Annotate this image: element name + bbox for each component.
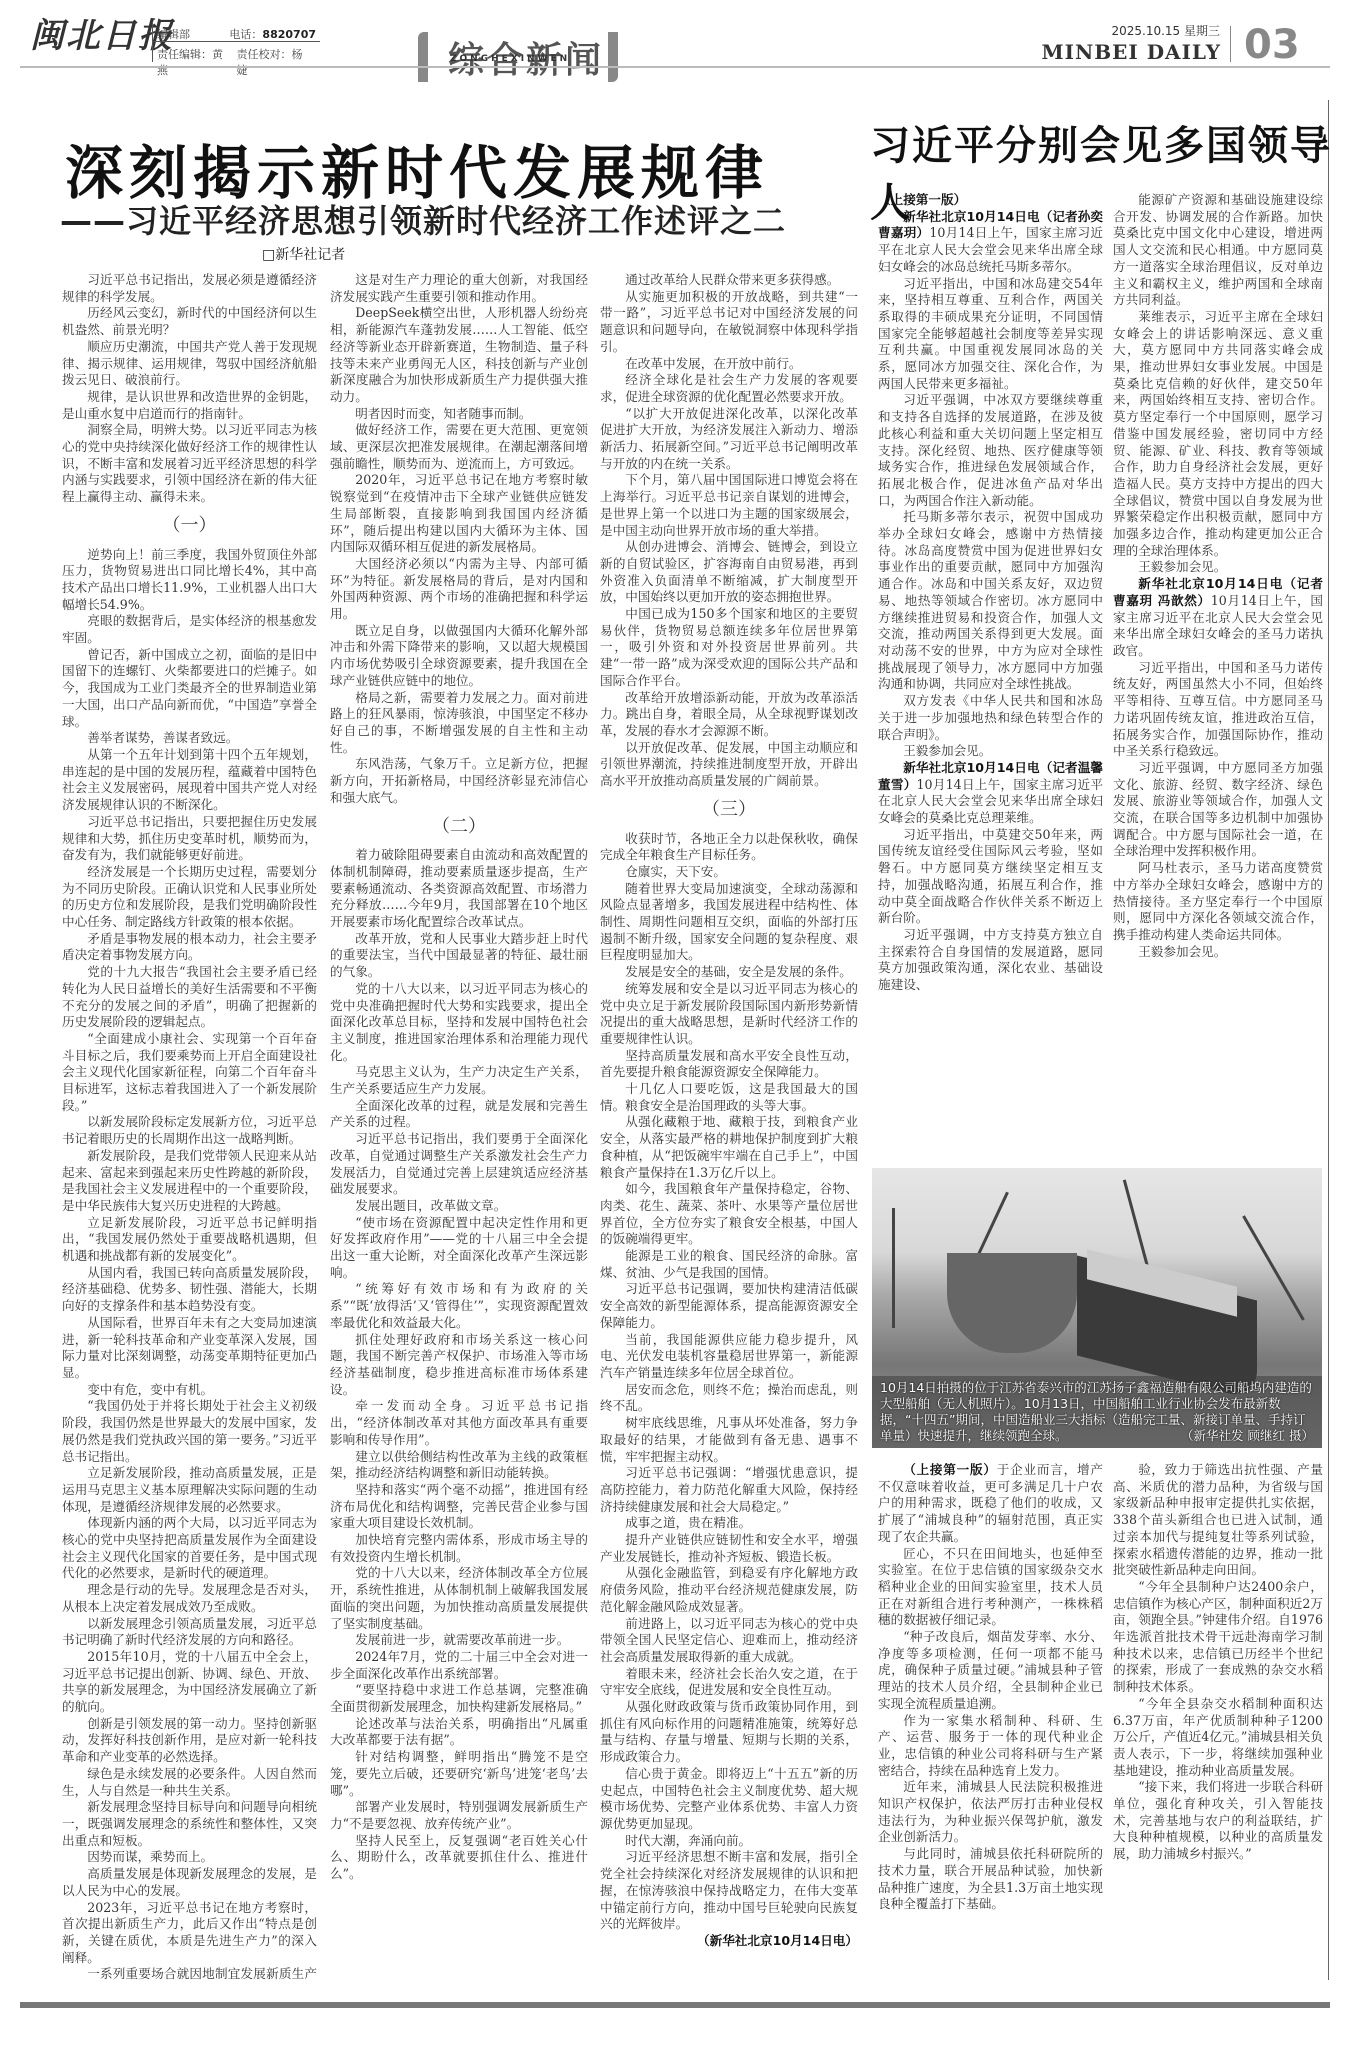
paragraph: 因势而谋，乘势而上。 [62, 1849, 317, 1866]
paragraph: 洞察全局，明辨大势。以习近平同志为核心的党中央持续深化做好经济工作的规律性认识，… [62, 422, 317, 506]
editorial-dept: 编辑部 [157, 26, 190, 37]
paragraph: “统筹好有效市场和有为政府的关系”“既‘放得活’又‘管得住’”，实现资源配置效率… [330, 1281, 588, 1331]
paragraph: 习近平强调，中冰双方要继续尊重和支持各自选择的发展道路，在涉及彼此核心利益和重大… [878, 392, 1103, 509]
paragraph: 以开放促改革、促发展，中国主动顺应和引领世界潮流，持续推进制度型开放，开辟出高水… [600, 740, 858, 790]
paragraph: 如今，我国粮食年产量保持稳定，谷物、肉类、花生、蔬菜、茶叶、水果等产量位居世界首… [600, 1181, 858, 1248]
paragraph: 针对结构调整，鲜明指出“腾笼不是空笼，要先立后破，还要研究‘新鸟’进笼‘老鸟’去… [330, 1749, 588, 1799]
dateline: （新华社北京10月14日电） [600, 1933, 858, 1950]
paragraph: 前进路上，以习近平同志为核心的党中央带领全国人民坚定信心、迎难而上，推动经济社会… [600, 1616, 858, 1666]
paragraph: 王毅参加会见。 [878, 743, 1103, 760]
crane-graphic [892, 1208, 895, 1328]
right-article-column-2: 能源矿产资源和基础设施建设综合开发、协调发展的合作新路。加快莫桑比克中国文化中心… [1113, 192, 1323, 1162]
paragraph: 创新是引领发展的第一动力。坚持创新驱动，发挥好科技创新作用，是应对新一轮科技革命… [62, 1716, 317, 1766]
paragraph: 顺应历史潮流，中国共产党人善于发现规律、揭示规律、运用规律，驾驭中国经济航船拨云… [62, 339, 317, 389]
paragraph: “今年全县制种户达2400余户，忠信镇作为核心产区，制种面积近2万亩，领跑全县。… [1113, 1579, 1323, 1696]
left-bracket-decoration [418, 32, 428, 82]
paragraph: 在改革中发展，在开放中前行。 [600, 356, 858, 373]
paragraph: 论述改革与法治关系，明确指出“凡属重大改革都要于法有据”。 [330, 1716, 588, 1749]
paragraph: 部署产业发展时，特别强调发展新质生产力“不是要忽视、放弃传统产业”。 [330, 1799, 588, 1832]
paragraph: 统筹发展和安全是以习近平同志为核心的党中央立足于新发展阶段国际国内新形势新情况提… [600, 981, 858, 1048]
paragraph: 发展是安全的基础，安全是发展的条件。 [600, 964, 858, 981]
paragraph: 从创办进博会、消博会、链博会，到设立新的自贸试验区，扩容海南自由贸易港，再到外资… [600, 539, 858, 606]
paragraph: 从强化藏粮于地、藏粮于技，到粮食产业安全，从落实最严格的耕地保护制度到扩大粮食种… [600, 1114, 858, 1181]
paragraph: 绿色是永续发展的必要条件。人因自然而生，人与自然是一种共生关系。 [62, 1766, 317, 1799]
paragraph: 阿马杜表示，圣马力诺高度赞赏中方举办全球妇女峰会，感谢中方的热情接待。圣方坚定奉… [1113, 860, 1323, 944]
paragraph: 十几亿人口要吃饭，这是我国最大的国情。粮食安全是治国理政的头等大事。 [600, 1081, 858, 1114]
shipyard-photo: 10月14日拍摄的位于江苏省泰兴市的江苏扬子鑫福造船有限公司船坞内建造的大型船舶… [872, 1168, 1322, 1448]
paragraph: 习近平指出，中国和圣马力诺传统友好，两国虽然大小不同，但始终平等相待、互尊互信。… [1113, 660, 1323, 760]
paragraph: 2024年7月，党的二十届三中全会对进一步全面深化改革作出系统部署。 [330, 1649, 588, 1682]
paragraph: 理念是行动的先导。发展理念是否对头，从根本上决定着发展成效乃至成败。 [62, 1582, 317, 1615]
lower-article-column-2: 验，致力于筛选出抗性强、产量高、米质优的潜力品种，为省级与国家级新品种申报审定提… [1113, 1462, 1323, 1982]
paragraph: 体现新内涵的两个大局，以习近平同志为核心的党中央坚持把高质量发展作为全面建设社会… [62, 1515, 317, 1582]
paragraph: 与此同时，浦城县依托科研院所的技术力量，联合开展品种试验，加快新品种推广速度，为… [878, 1846, 1103, 1913]
paragraph: DeepSeek横空出世，人形机器人纷纷亮相，新能源汽车蓬勃发展……人工智能、低… [330, 305, 588, 405]
divider [1230, 26, 1231, 62]
paragraph: 新发展阶段，是我们党带领人民迎来从站起来、富起来到强起来历史性跨越的新阶段，是我… [62, 1148, 317, 1215]
proofreader-credit: 责任校对：杨 婕 [237, 46, 317, 58]
paragraph: 发展前进一步，就需要改革前进一步。 [330, 1632, 588, 1649]
paragraph: 下个月，第八届中国国际进口博览会将在上海举行。习近平总书记亲自谋划的进博会，是世… [600, 472, 858, 539]
paragraph: 能源是工业的粮食、国民经济的命脉。富煤、贫油、少气是我国的国情。 [600, 1248, 858, 1281]
issue-date: 2025.10.15 星期三 [1020, 22, 1220, 39]
paragraph: 从第一个五年计划到第十四个五年规划，串连起的是中国的发展历程，蕴藏着中国特色社会… [62, 747, 317, 814]
paragraph: 既立足自身，以做强国内大循环化解外部冲击和外需下降带来的影响，又以超大规模国内市… [330, 623, 588, 690]
paragraph: 逆势向上！前三季度，我国外贸顶住外部压力，货物贸易进出口同比增长4%，其中高技术… [62, 547, 317, 614]
paragraph: 着眼未来，经济社会长治久安之道，在于守牢安全底线，促进发展和安全良性互动。 [600, 1666, 858, 1699]
paragraph: 亮眼的数据背后，是实体经济的根基愈发牢固。 [62, 613, 317, 646]
paragraph: “全面建成小康社会、实现第一个百年奋斗目标之后，我们要乘势而上开启全面建设社会主… [62, 1031, 317, 1115]
paragraph: 从实施更加积极的开放战略，到共建“一带一路”，习近平总书记对中国经济发展的问题意… [600, 289, 858, 356]
paragraph: 习近平总书记强调，要加快构建清洁低碳安全高效的新型能源体系，提高能源资源安全保障… [600, 1281, 858, 1331]
dateline-lead: （上接第一版） [903, 1462, 997, 1477]
paragraph: （上接第一版）于企业而言，增产不仅意味着收益，更可多满足几十户农户的用种需求，既… [878, 1462, 1103, 1546]
paragraph: 新发展理念坚持目标导向和问题导向相统一，既强调发展理念的系统性和整体性，又突出重… [62, 1799, 317, 1849]
paragraph: 信心贵于黄金。即将迈上“十五五”新的历史起点，中国特色社会主义制度优势、超大规模… [600, 1766, 858, 1833]
paragraph: 新华社北京10月14日电（记者温馨 董雪）10月14日上午，国家主席习近平在北京… [878, 760, 1103, 827]
paragraph: 王毅参加会见。 [1113, 944, 1323, 961]
paragraph: 双方发表《中华人民共和国和冰岛关于进一步加强地热和绿色转型合作的联合声明》。 [878, 693, 1103, 743]
paragraph: 时代大潮，奔涌向前。 [600, 1833, 858, 1850]
paragraph: “使市场在资源配置中起决定性作用和更好发挥政府作用”——党的十八届三中全会提出这… [330, 1215, 588, 1282]
paragraph: 改革开放，党和人民事业大踏步赶上时代的重要法宝，当代中国最显著的特征、最壮丽的气… [330, 931, 588, 981]
paragraph: 提升产业链供应链韧性和安全水平，增强产业发展链长，推动补齐短板、锻造长板。 [600, 1532, 858, 1565]
section-marker-3: （三） [600, 802, 858, 819]
paragraph: “接下来，我们将进一步联合科研单位，强化育种攻关，引入智能技术，完善基地与农户的… [1113, 1779, 1323, 1863]
editorial-info: 编辑部 电话：8820707 责任编辑：黄 燕 责任校对：杨 婕 [152, 22, 320, 62]
paragraph: 居安而念危，则终不危；操治而虑乱，则终不乱。 [600, 1382, 858, 1415]
paragraph: 习近平总书记指出，我们要勇于全面深化改革，自觉通过调整生产关系激发社会生产力发展… [330, 1131, 588, 1198]
paragraph: 改革给开放增添新动能，开放为改革添活力。跳出自身，着眼全局，从全球视野谋划改革，… [600, 690, 858, 740]
paragraph: 坚持高质量发展和高水平安全良性互动，首先要提升粮食能源资源安全保障能力。 [600, 1048, 858, 1081]
paragraph: 从国际看，世界百年未有之大变局加速演进，新一轮科技革命和产业变革深入发展，国际力… [62, 1315, 317, 1382]
paragraph: 匠心，不只在田间地头，也延伸至实验室。在位于忠信镇的国家级杂交水稻种业企业的田间… [878, 1546, 1103, 1630]
byline: □新华社记者 [262, 244, 345, 264]
paragraph: 成事之道，贵在精准。 [600, 1515, 858, 1532]
paragraph: 习近平总书记指出，只要把握住历史发展规律和大势，抓住历史变革时机，顺势而为，奋发… [62, 814, 317, 864]
paragraph: 高质量发展是体现新发展理念的发展，是以人民为中心的发展。 [62, 1866, 317, 1899]
paragraph: 建立以供给侧结构性改革为主线的政策框架，推动经济结构调整和新旧动能转换。 [330, 1449, 588, 1482]
paragraph: 习近平总书记指出，发展必须是遵循经济规律的科学发展。 [62, 272, 317, 305]
paragraph: 经济发展是一个长期历史过程，需要划分为不同历史阶段。正确认识党和人民事业所处的历… [62, 864, 317, 931]
paragraph: 当前，我国能源供应能力稳步提升，风电、光伏发电装机容量稳居世界第一，新能源汽车产… [600, 1332, 858, 1382]
paragraph: 习近平总书记强调：“增强忧患意识，提高防控能力，着力防范化解重大风险，保持经济持… [600, 1465, 858, 1515]
paragraph: 习近平强调，中方愿同圣方加强文化、旅游、经贸、数字经济、绿色发展、旅游业等领域合… [1113, 760, 1323, 860]
paragraph: 从强化金融监管，到稳妥有序化解地方政府债务风险，推动平台经济规范健康发展，防范化… [600, 1565, 858, 1615]
paragraph: 党的十八大以来，以习近平同志为核心的党中央准确把握时代大势和实践要求，提出全面深… [330, 981, 588, 1065]
paragraph: 中国已成为150多个国家和地区的主要贸易伙伴，货物贸易总额连续多年位居世界第一，… [600, 606, 858, 690]
paragraph: 大国经济必须以“内需为主导、内部可循环”为特征。新发展格局的背后，是对内国和外国… [330, 556, 588, 623]
paragraph: 以新发展阶段标定发展新方位，习近平总书记着眼历史的长周期作出这一战略判断。 [62, 1114, 317, 1147]
page-number: 03 [1244, 22, 1300, 68]
main-article-column-3: 通过改革给人民群众带来更多获得感。从实施更加积极的开放战略，到共建“一带一路”，… [600, 272, 858, 1982]
paragraph: 全面深化改革的过程，就是发展和完善生产关系的过程。 [330, 1098, 588, 1131]
paragraph: 习近平指出，中国和冰岛建交54年来，坚持相互尊重、互利合作，两国关系取得的丰硕成… [878, 276, 1103, 393]
paragraph: 习近平强调，中方支持莫方独立自主探索符合自身国情的发展道路，愿同莫方加强政策沟通… [878, 927, 1103, 994]
paragraph: “我国仍处于并将长期处于社会主义初级阶段，我国仍然是世界最大的发展中国家，发展仍… [62, 1398, 317, 1465]
paragraph: 坚持人民至上，反复强调“老百姓关心什么、期盼什么，改革就要抓住什么、推进什么”。 [330, 1833, 588, 1883]
paragraph: 习近平经济思想不断丰富和发展，指引全党全社会持续深化对经济发展规律的认识和把握，… [600, 1849, 858, 1933]
paragraph: 新华社北京10月14日电（记者孙奕 曹嘉玥）10月14日上午，国家主席习近平在北… [878, 209, 1103, 276]
paragraph: 东风浩荡，气象万千。立足新方位，把握新方向，开拓新格局，中国经济彰显充沛信心和强… [330, 756, 588, 806]
header-rule [20, 66, 1330, 68]
paragraph: 通过改革给人民群众带来更多获得感。 [600, 272, 858, 289]
paragraph: 树牢底线思维，凡事从坏处准备，努力争取最好的结果，才能做到有备无患、遇事不慌，牢… [600, 1415, 858, 1465]
paragraph: 2020年，习近平总书记在地方考察时敏锐察觉到“在疫情冲击下全球产业链供应链发生… [330, 472, 588, 556]
paragraph: 习近平指出，中莫建交50年来，两国传统友谊经受住国际风云考验，坚如磐石。中方愿同… [878, 827, 1103, 927]
paragraph: 马克思主义认为，生产力决定生产关系，生产关系要适应生产力发展。 [330, 1064, 588, 1097]
paragraph: 发展出题目，改革做文章。 [330, 1198, 588, 1215]
paragraph: 收获时节，各地正全力以赴保秋收，确保完成全年粮食生产目标任务。 [600, 831, 858, 864]
photo-credit: （新华社发 顾继红 摄） [1181, 1428, 1314, 1444]
paragraph: 新华社北京10月14日电（记者曹嘉玥 冯歆然）10月14日上午，国家主席习近平在… [1113, 576, 1323, 660]
paragraph: 做好经济工作，需要在更大范围、更宽领域、更深层次把准发展规律。在潮起潮落间增强前… [330, 422, 588, 472]
paragraph: 牵一发而动全身。习近平总书记指出，“经济体制改革对其他方面改革具有重要影响和传导… [330, 1398, 588, 1448]
paragraph: 验，致力于筛选出抗性强、产量高、米质优的潜力品种，为省级与国家级新品种申报审定提… [1113, 1462, 1323, 1579]
paragraph: 曾记否，新中国成立之初，面临的是旧中国留下的连螺钉、火柴都要进口的烂摊子。如今，… [62, 647, 317, 731]
paragraph: 善举者谋势，善谋者致远。 [62, 730, 317, 747]
section-pinyin: ZONGHEXINWEN [450, 54, 570, 64]
paragraph: 这是对生产力理论的重大创新，对我国经济发展实践产生重要引领和推动作用。 [330, 272, 588, 305]
ship-hull [947, 1253, 1077, 1353]
paragraph: 莱维表示，习近平主席在全球妇女峰会上的讲话影响深远、意义重大，莫方愿同中方共同落… [1113, 309, 1323, 560]
section-marker-2: （二） [330, 819, 588, 836]
paragraph: 立足新发展阶段，推动高质量发展，正是运用马克思主义基本原理解决实际问题的生动体现… [62, 1465, 317, 1515]
paragraph: 规律，是认识世界和改造世界的金钥匙，是山重水复中启道而行的指南针。 [62, 389, 317, 422]
paragraph: “以扩大开放促进深化改革，以深化改革促进扩大开放，为经济发展注入新动力、增添新活… [600, 406, 858, 473]
continued-marker: （上接第一版） [878, 192, 1103, 209]
paragraph: 党的十八大以来，经济体制改革全方位展开，系统性推进，从体制机制上破解我国发展面临… [330, 1565, 588, 1632]
right-article-column-1: （上接第一版） 新华社北京10月14日电（记者孙奕 曹嘉玥）10月14日上午，国… [878, 192, 1103, 1162]
paragraph: 变中有危，变中有机。 [62, 1382, 317, 1399]
editor-credit: 责任编辑：黄 燕 [157, 46, 237, 58]
paragraph: 格局之新，需要着力发展之力。面对前进路上的狂风暴雨，惊涛骇浪，中国坚定不移办好自… [330, 690, 588, 757]
photo-caption: 10月14日拍摄的位于江苏省泰兴市的江苏扬子鑫福造船有限公司船坞内建造的大型船舶… [872, 1376, 1322, 1448]
phone: 电话：8820707 [229, 26, 316, 37]
paragraph: 王毅参加会见。 [1113, 559, 1323, 576]
paragraph: 一系列重要场合就因地制宜发展新质生产力作出重要论述和重要部署。 [62, 1966, 317, 1982]
paragraph: 以新发展理念引领高质量发展，习近平总书记明确了新时代经济发展的方向和路径。 [62, 1616, 317, 1649]
paragraph: 抓住处理好政府和市场关系这一核心问题，我国不断完善产权保护、市场准入等市场经济基… [330, 1332, 588, 1399]
paragraph: “今年全县杂交水稻制种面积达6.37万亩，年产优质制种种子1200万公斤，产值近… [1113, 1696, 1323, 1780]
paragraph: 仓廪实，天下安。 [600, 864, 858, 881]
paragraph: 作为一家集水稻制种、科研、生产、运营、服务于一体的现代种业企业，忠信镇的种业公司… [878, 1713, 1103, 1780]
paragraph: 托马斯多蒂尔表示，祝贺中国成功举办全球妇女峰会，感谢中方热情接待。冰岛高度赞赏中… [878, 509, 1103, 693]
paragraph: “要坚持稳中求进工作总基调，完整准确全面贯彻新发展理念，加快构建新发展格局。” [330, 1682, 588, 1715]
right-bracket-decoration [608, 32, 618, 82]
main-subheadline: ——习近平经济思想引领新时代经济工作述评之二 [60, 196, 786, 242]
masthead: 闽北日报 编辑部 电话：8820707 责任编辑：黄 燕 责任校对：杨 婕 综合… [0, 0, 1349, 62]
paragraph: 矛盾是事物发展的根本动力，社会主要矛盾决定着事物发展方向。 [62, 931, 317, 964]
footer-rule [20, 2002, 1330, 2008]
paragraph: 从强化财政政策与货币政策协同作用，到抓住有风向标作用的问题精准施策，统筹好总量与… [600, 1699, 858, 1766]
paragraph: 历经风云变幻，新时代的中国经济何以生机盎然、前景光明？ [62, 305, 317, 338]
main-article-column-1: 习近平总书记指出，发展必须是遵循经济规律的科学发展。历经风云变幻，新时代的中国经… [62, 272, 317, 1982]
paper-name-en: MINBEI DAILY [1005, 40, 1221, 64]
paragraph: 2015年10月，党的十八届五中全会上，习近平总书记提出创新、协调、绿色、开放、… [62, 1649, 317, 1716]
paragraph: 2023年，习近平总书记在地方考察时，首次提出新质生产力，此后又作出“特点是创新… [62, 1900, 317, 1967]
paragraph: 经济全球化是社会生产力发展的客观要求，促进全球资源的优化配置必然要求开放。 [600, 372, 858, 405]
main-article-column-2: 这是对生产力理论的重大创新，对我国经济发展实践产生重要引领和推动作用。DeepS… [330, 272, 588, 1982]
section-marker-1: （一） [62, 518, 317, 535]
paragraph: 党的十九大报告“我国社会主要矛盾已经转化为人民日益增长的美好生活需要和不平衡不充… [62, 964, 317, 1031]
paragraph: 从国内看，我国已转向高质量发展阶段，经济基础稳、优势多、韧性强、潜能大，长期向好… [62, 1265, 317, 1315]
paragraph: 能源矿产资源和基础设施建设综合开发、协调发展的合作新路。加快莫桑比克中国文化中心… [1113, 192, 1323, 309]
paragraph: 立足新发展阶段，习近平总书记鲜明指出，“我国发展仍然处于重要战略机遇期，但机遇和… [62, 1215, 317, 1265]
lower-article-column-1: （上接第一版）于企业而言，增产不仅意味着收益，更可多满足几十户农户的用种需求，既… [878, 1462, 1103, 1982]
paragraph: 随着世界大变局加速演变，全球动荡源和风险点显著增多，我国发展进程中结构性、体制性… [600, 881, 858, 965]
paragraph: 近年来，浦城县人民法院积极推进知识产权保护，依法严厉打击种业侵权违法行为，为种业… [878, 1779, 1103, 1846]
right-margin-rule [1328, 100, 1329, 1980]
paragraph: 坚持和落实“两个毫不动摇”，推进国有经济布局优化和结构调整，完善民营企业参与国家… [330, 1482, 588, 1532]
paragraph: 着力破除阻碍要素自由流动和高效配置的体制机制障碍，推动要素质量逐步提高，生产要素… [330, 847, 588, 931]
paragraph: 加快培育完整内需体系，形成市场主导的有效投资内生增长机制。 [330, 1532, 588, 1565]
paragraph: “种子改良后，烟苗发芽率、水分、净度等多项检测，任何一项都不能马虎，确保种子质量… [878, 1629, 1103, 1713]
paragraph: 明者因时而变，知者随事而制。 [330, 406, 588, 423]
